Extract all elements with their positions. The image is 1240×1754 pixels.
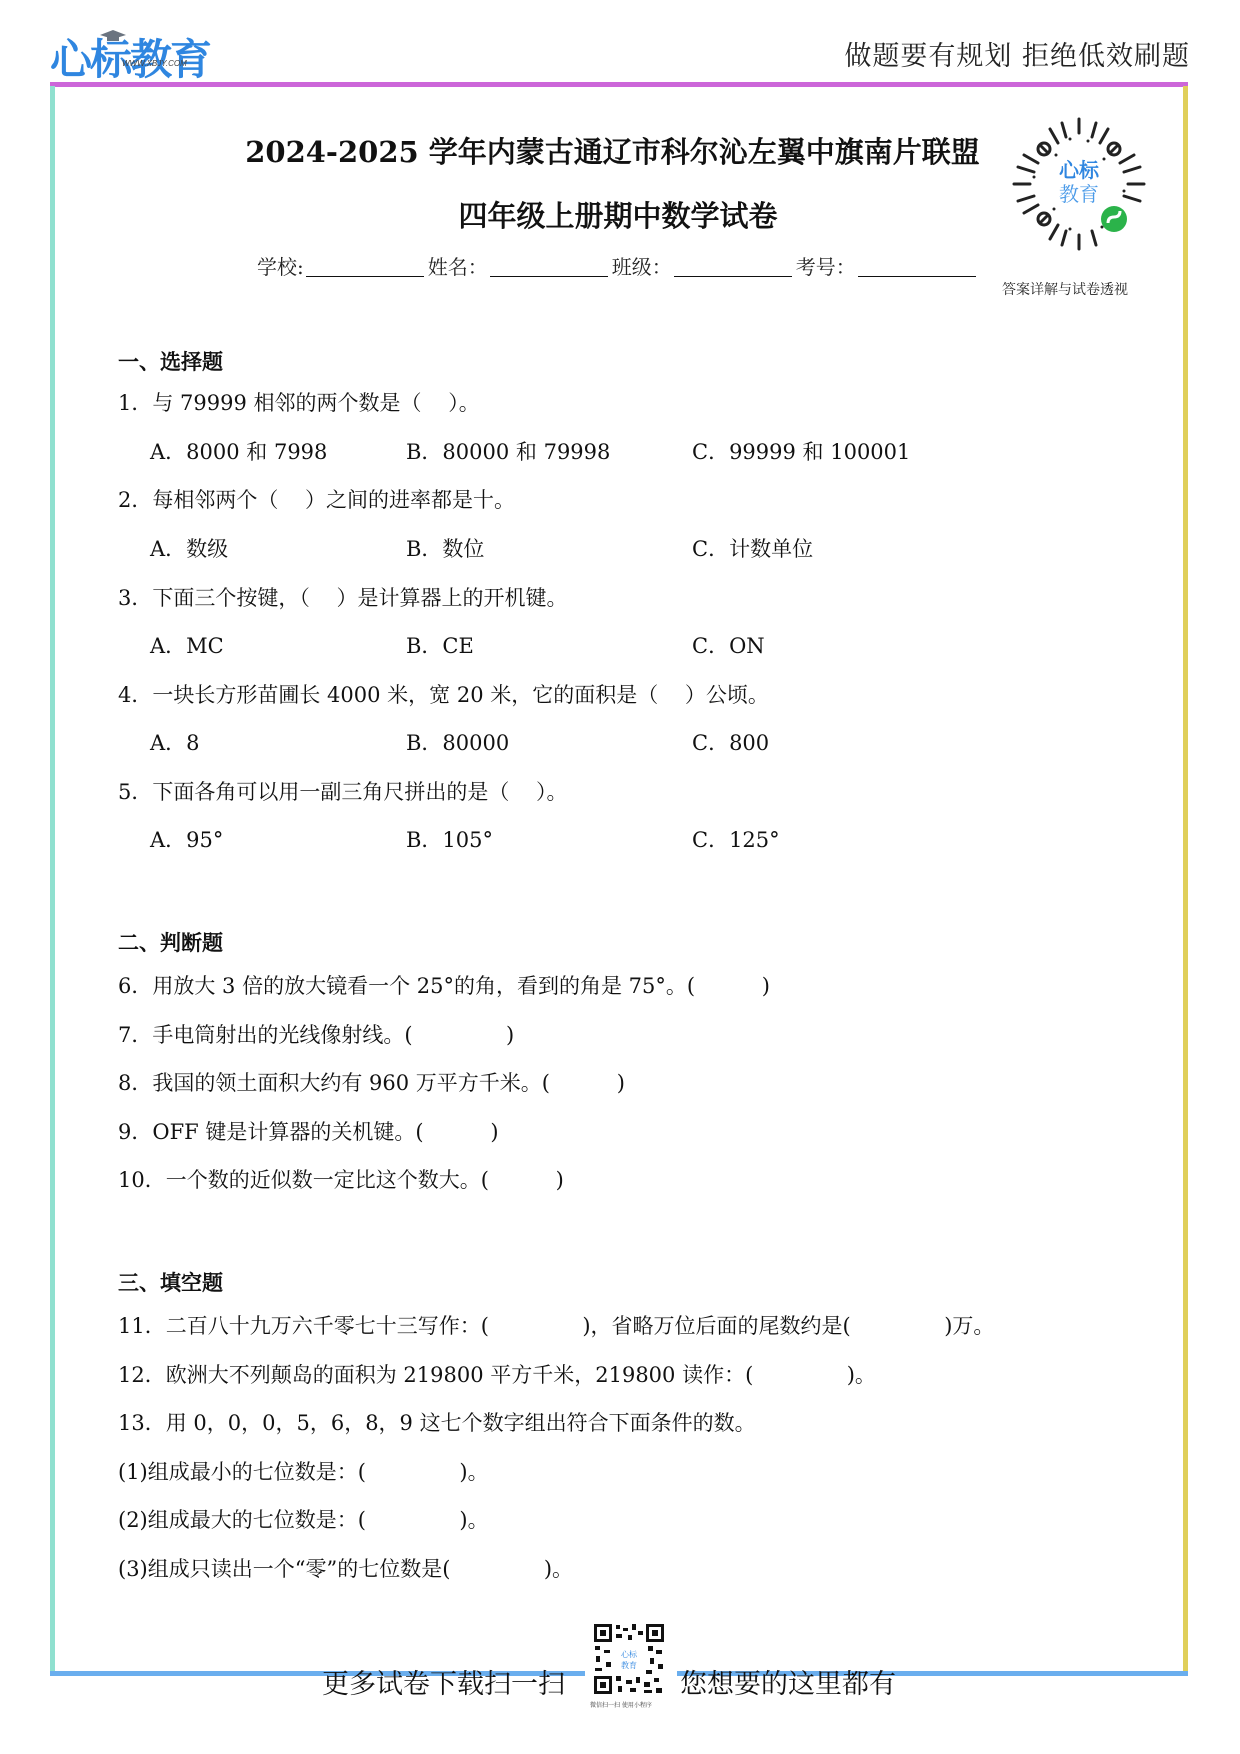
field-label-class: 班级：	[612, 251, 672, 280]
footer-right-text: 您想要的这里都有	[680, 1662, 896, 1701]
question-11: 11．二百八十九万六千零七十三写作：( )，省略万位后面的尾数约是( )万。	[118, 1310, 994, 1340]
field-label-name: 姓名：	[428, 251, 488, 280]
q4-option-b[interactable]: B．80000	[406, 727, 509, 757]
svg-text:教育: 教育	[621, 1660, 637, 1670]
question-9: 9．OFF 键是计算器的关机键。( )	[118, 1116, 499, 1146]
q4-option-a[interactable]: A．8	[150, 727, 200, 757]
qr-caption: 微信扫一扫 使用小程序	[590, 1700, 652, 1709]
section-title-true-false: 二、判断题	[118, 927, 223, 957]
header-slogan: 做题要有规划 拒绝低效刷题	[844, 34, 1190, 73]
question-13: 13．用 0，0，0，5，6，8，9 这七个数字组出符合下面条件的数。	[118, 1407, 756, 1437]
miniprogram-caption: 答案详解与试卷透视	[1002, 279, 1128, 299]
qr-code-icon[interactable]: 心标 教育	[592, 1622, 666, 1696]
q5-option-c[interactable]: C．125°	[692, 824, 780, 854]
q1-option-b[interactable]: B．80000 和 79998	[406, 436, 610, 466]
question-10: 10．一个数的近似数一定比这个数大。( )	[118, 1164, 564, 1194]
school-blank[interactable]	[306, 258, 424, 277]
name-blank[interactable]	[490, 258, 608, 277]
question-3: 3．下面三个按键，（ ）是计算器上的开机键。	[118, 582, 568, 612]
exam-number-blank[interactable]	[858, 258, 976, 277]
question-2: 2．每相邻两个（ ）之间的进率都是十。	[118, 484, 515, 514]
question-4: 4．一块长方形苗圃长 4000 米，宽 20 米，它的面积是（ ）公顷。	[118, 679, 769, 709]
question-13-part-1: (1)组成最小的七位数是：( )。	[118, 1456, 489, 1486]
field-label-exam-number: 考号：	[796, 251, 856, 280]
question-1: 1．与 79999 相邻的两个数是（ ）。	[118, 387, 480, 417]
miniprogram-code-icon[interactable]: 心标 教育	[1010, 115, 1148, 253]
frame-left-border	[50, 86, 55, 1676]
q3-option-c[interactable]: C．ON	[692, 630, 765, 660]
q1-option-c[interactable]: C．99999 和 100001	[692, 436, 910, 466]
question-7: 7．手电筒射出的光线像射线。( )	[118, 1019, 514, 1049]
question-8: 8．我国的领土面积大约有 960 万平方千米。( )	[118, 1067, 625, 1097]
section-title-multiple-choice: 一、选择题	[118, 346, 223, 376]
svg-text:心标: 心标	[1059, 158, 1100, 182]
q3-option-b[interactable]: B．CE	[406, 630, 474, 660]
q4-option-c[interactable]: C．800	[692, 727, 769, 757]
footer-left-text: 更多试卷下载扫一扫	[322, 1662, 565, 1701]
q5-option-b[interactable]: B．105°	[406, 824, 493, 854]
q2-option-a[interactable]: A．数级	[150, 533, 228, 563]
brand-logo: 心标教育 WWW.XBJY.COM	[50, 30, 210, 82]
class-blank[interactable]	[674, 258, 792, 277]
q3-option-a[interactable]: A．MC	[150, 630, 224, 660]
field-label-school: 学校:	[257, 251, 304, 280]
section-title-fill-in: 三、填空题	[118, 1267, 223, 1297]
question-6: 6．用放大 3 倍的放大镜看一个 25°的角，看到的角是 75°。( )	[118, 970, 770, 1000]
graduation-cap-icon	[100, 30, 126, 42]
q2-option-c[interactable]: C．计数单位	[692, 533, 813, 563]
question-12: 12．欧洲大不列颠岛的面积为 219800 平方千米，219800 读作：( )…	[118, 1359, 876, 1389]
question-13-part-3: (3)组成只读出一个“零”的七位数是( )。	[118, 1553, 573, 1583]
q5-option-a[interactable]: A．95°	[150, 824, 223, 854]
student-info-fields: 学校: 姓名： 班级： 考号：	[257, 251, 980, 280]
q2-option-b[interactable]: B．数位	[406, 533, 484, 563]
question-13-part-2: (2)组成最大的七位数是：( )。	[118, 1504, 489, 1534]
svg-text:教育: 教育	[1059, 182, 1099, 206]
question-5: 5．下面各角可以用一副三角尺拼出的是（ ）。	[118, 776, 568, 806]
q1-option-a[interactable]: A．8000 和 7998	[150, 436, 327, 466]
frame-right-border	[1183, 86, 1188, 1676]
logo-url: WWW.XBJY.COM	[122, 42, 187, 86]
frame-top-border	[50, 82, 1188, 87]
svg-text:心标: 心标	[621, 1649, 638, 1659]
